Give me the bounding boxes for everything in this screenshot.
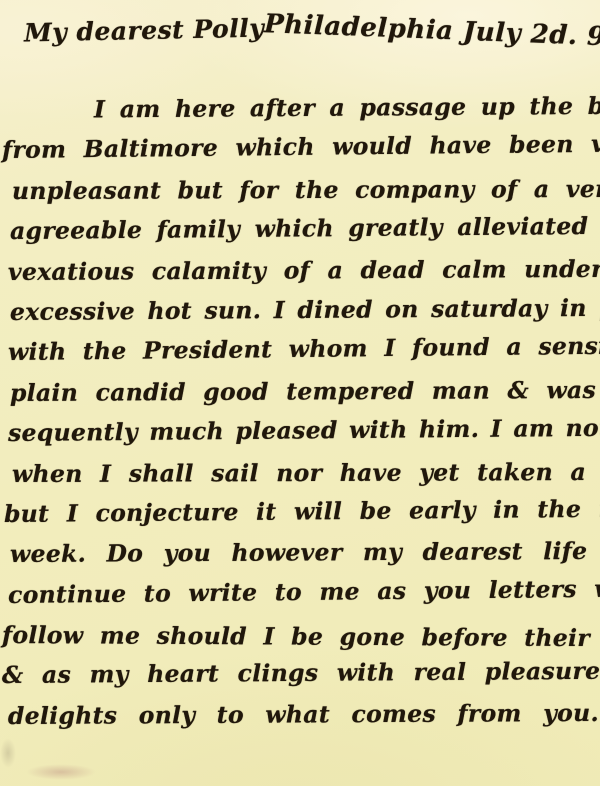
letter-line: agreeable family which greatly alleviate… (10, 206, 600, 252)
letter-line: but I conjecture it will be early in the… (4, 489, 600, 535)
letter-line: when I shall sail nor have yet taken a v… (12, 451, 600, 493)
letter-header: My dearest Polly Philadelphia July 2d. 9… (0, 16, 600, 46)
letter-line: sequently much pleased with him. I am no… (8, 408, 600, 454)
letter-line: week. Do you however my dearest life (10, 531, 600, 574)
paper-smudge (0, 738, 16, 768)
dateline: Philadelphia July 2d. 97 (264, 9, 600, 53)
letter-line: delights only to what comes from you. (8, 693, 600, 736)
letter-line: continue to write to me as you letters w… (8, 568, 600, 615)
letter-line: unpleasant but for the company of a very (12, 169, 600, 211)
salutation: My dearest Polly (24, 13, 265, 47)
letter-line: & as my heart clings with real pleasure … (2, 651, 600, 696)
paper-smudge (26, 764, 96, 780)
letter-page: My dearest Polly Philadelphia July 2d. 9… (0, 0, 600, 786)
letter-line: vexatious calamity of a dead calm under … (8, 248, 600, 291)
letter-line: plain candid good tempered man & was con (10, 370, 600, 413)
letter-line: from Baltimore which would have been ver… (2, 124, 600, 171)
letter-line: with the President whom I found a sensib… (8, 326, 600, 373)
letter-body: I am here after a passage up the bay fro… (8, 90, 600, 736)
letter-line: excessive hot sun. I dined on saturday i… (10, 288, 600, 333)
